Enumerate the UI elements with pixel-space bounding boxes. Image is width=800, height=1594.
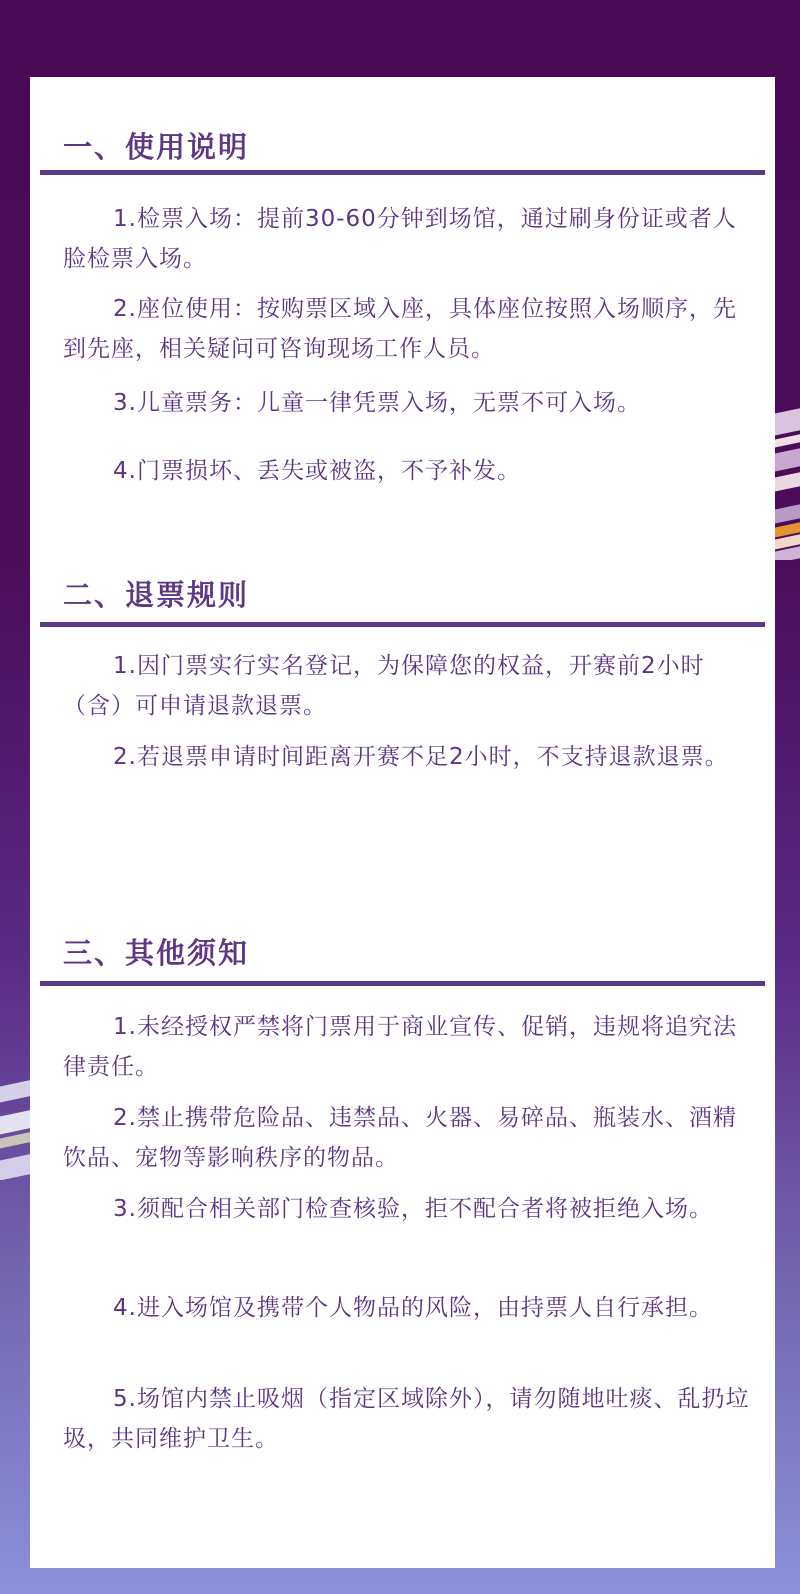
list-item: 3.儿童票务：儿童一律凭票入场，无票不可入场。 [63, 383, 753, 423]
section-divider [40, 622, 765, 627]
section-heading: 三、其他须知 [63, 935, 249, 971]
list-item: 4.进入场馆及携带个人物品的风险，由持票人自行承担。 [63, 1288, 753, 1328]
section-heading: 一、使用说明 [63, 129, 249, 165]
section-divider [40, 170, 765, 175]
section-divider [40, 981, 765, 986]
list-item: 4.门票损坏、丢失或被盗，不予补发。 [63, 451, 753, 491]
list-item: 2.座位使用：按购票区域入座，具体座位按照入场顺序，先到先座，相关疑问可咨询现场… [63, 289, 753, 369]
list-item: 5.场馆内禁止吸烟（指定区域除外），请勿随地吐痰、乱扔垃圾，共同维护卫生。 [63, 1379, 753, 1459]
list-item: 2.若退票申请时间距离开赛不足2小时，不支持退款退票。 [63, 737, 753, 777]
decorative-stripes-right [775, 385, 800, 560]
list-item: 3.须配合相关部门检查核验，拒不配合者将被拒绝入场。 [63, 1189, 753, 1229]
decorative-stripes-left [0, 1060, 30, 1180]
list-item: 1.未经授权严禁将门票用于商业宣传、促销，违规将追究法律责任。 [63, 1007, 753, 1087]
list-item: 2.禁止携带危险品、违禁品、火器、易碎品、瓶装水、酒精饮品、宠物等影响秩序的物品… [63, 1098, 753, 1178]
section-heading: 二、退票规则 [63, 577, 249, 613]
notice-card: 一、使用说明 1.检票入场：提前30-60分钟到场馆，通过刷身份证或者人脸检票入… [30, 77, 775, 1568]
list-item: 1.检票入场：提前30-60分钟到场馆，通过刷身份证或者人脸检票入场。 [63, 199, 753, 279]
list-item: 1.因门票实行实名登记，为保障您的权益，开赛前2小时（含）可申请退款退票。 [63, 646, 753, 726]
